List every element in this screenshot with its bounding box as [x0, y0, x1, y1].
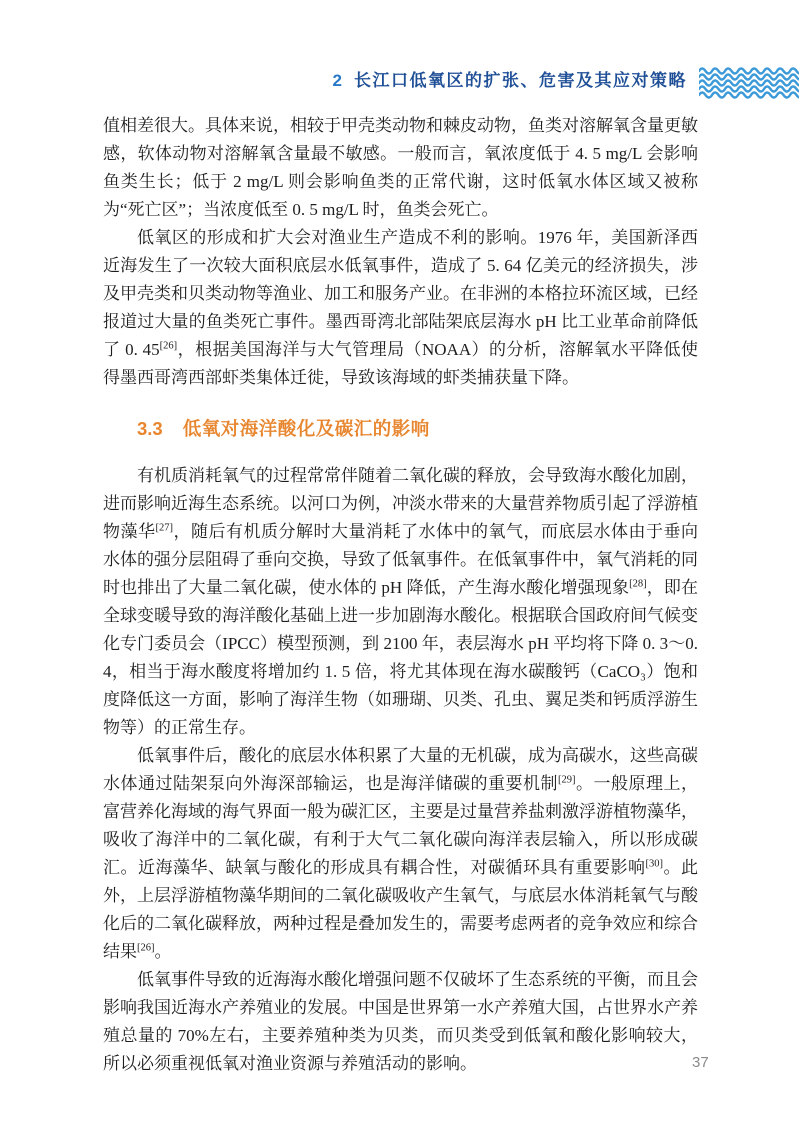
chapter-title: 长江口低氧区的扩张、危害及其应对策略 [354, 71, 687, 90]
paragraph: 低氧区的形成和扩大会对渔业生产造成不利的影响。1976 年，美国新泽西近海发生了… [103, 224, 698, 392]
chapter-number: 2 [333, 71, 342, 90]
section-title: 低氧对海洋酸化及碳汇的影响 [183, 418, 430, 439]
paragraph: 有机质消耗氧气的过程常常伴随着二氧化碳的释放，会导致海水酸化加剧，进而影响近海生… [103, 462, 698, 742]
document-page: 2长江口低氧区的扩张、危害及其应对策略 值相差很大。具体来说，相较于甲壳类动物和… [0, 0, 799, 1124]
paragraph: 低氧事件导致的近海海水酸化增强问题不仅破坏了生态系统的平衡，而且会影响我国近海水… [103, 966, 698, 1078]
section-number: 3.3 [137, 418, 163, 439]
paragraph: 值相差很大。具体来说，相较于甲壳类动物和棘皮动物，鱼类对溶解氧含量更敏感，软体动… [103, 112, 698, 224]
chapter-header: 2长江口低氧区的扩张、危害及其应对策略 [0, 66, 799, 102]
page-footer: 37 [692, 1054, 709, 1071]
chapter-header-text: 2长江口低氧区的扩张、危害及其应对策略 [333, 70, 687, 92]
paragraph: 低氧事件后，酸化的底层水体积累了大量的无机碳，成为高碳水，这些高碳水体通过陆架泵… [103, 742, 698, 966]
wave-decoration-icon [699, 66, 799, 102]
page-number: 37 [692, 1054, 709, 1071]
section-heading: 3.3低氧对海洋酸化及碳汇的影响 [137, 414, 698, 444]
page-body: 值相差很大。具体来说，相较于甲壳类动物和棘皮动物，鱼类对溶解氧含量更敏感，软体动… [103, 112, 698, 1078]
